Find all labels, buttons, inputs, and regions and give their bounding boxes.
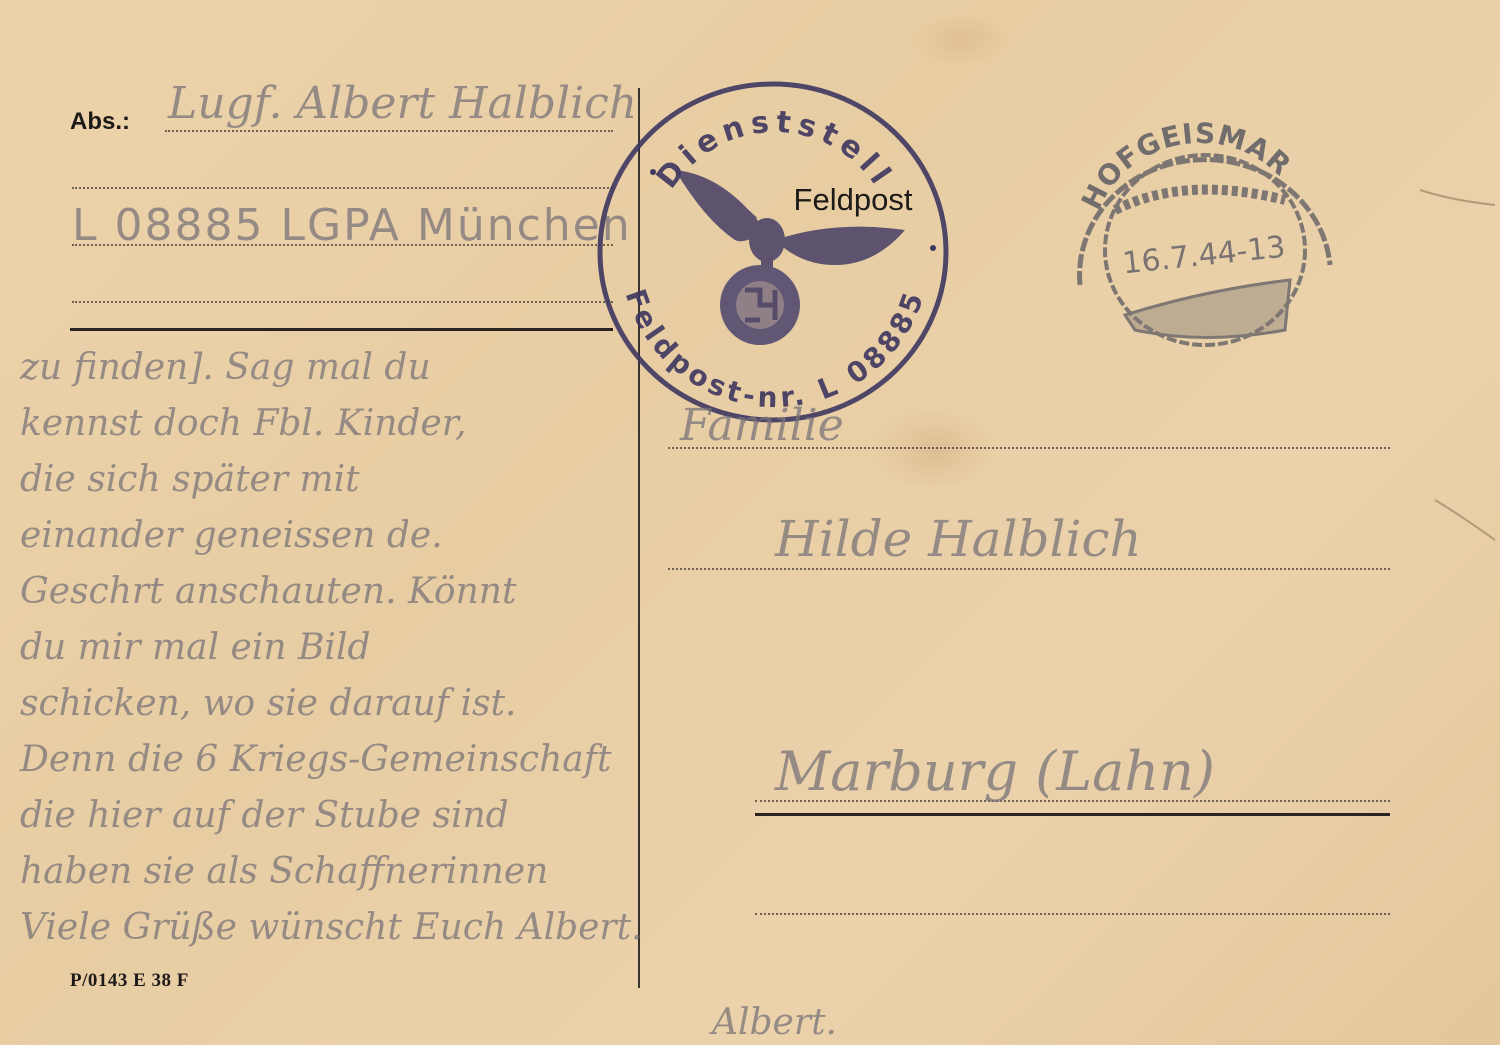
signature: Albert.	[712, 995, 837, 1045]
message-line: Geschrt anschauten. Könnt	[20, 564, 643, 620]
message-body: zu finden]. Sag mal du kennst doch Fbl. …	[20, 340, 643, 956]
paper-edge-wear	[1410, 170, 1500, 570]
recipient-line-2: Hilde Halblich	[775, 510, 1142, 568]
svg-text:16.7.44-13: 16.7.44-13	[1121, 230, 1287, 282]
svg-text:Feldpost: Feldpost	[794, 182, 913, 217]
message-line: haben sie als Schaffnerinnen	[20, 844, 643, 900]
message-line: zu finden]. Sag mal du	[20, 340, 643, 396]
message-line: Viele Grüße wünscht Euch Albert.	[20, 900, 643, 956]
sender-dotted-line-4	[72, 301, 613, 303]
message-line: die sich später mit	[20, 452, 643, 508]
recipient-line-1: Familie	[680, 400, 844, 451]
sender-name-handwriting: Lugf. Albert Halblich	[168, 78, 637, 129]
sender-label: Abs.:	[70, 108, 130, 136]
sender-dotted-line-1	[165, 130, 613, 132]
sender-divider	[70, 328, 613, 331]
feldpost-service-stamp: Dienststell Feldpost-nr. L 08885 Feldpos…	[595, 80, 955, 425]
hofgeismar-postmark: HOFGEISMAR 16.7.44-13	[1055, 115, 1355, 370]
postcard: Abs.: Lugf. Albert Halblich L 08885 LGPA…	[0, 0, 1500, 1045]
message-line: die hier auf der Stube sind	[20, 788, 643, 844]
message-line: du mir mal ein Bild	[20, 620, 643, 676]
form-code: P/0143 E 38 F	[70, 970, 189, 992]
recipient-line-3: Marburg (Lahn)	[775, 740, 1215, 803]
recipient-dotted-line-4	[755, 913, 1390, 915]
sender-unit-handwriting: L 08885 LGPA München	[72, 200, 632, 251]
message-line: schicken, wo sie darauf ist.	[20, 676, 643, 732]
recipient-dotted-line-2	[668, 568, 1390, 570]
message-line: einander geneissen de.	[20, 508, 643, 564]
message-line: kennst doch Fbl. Kinder,	[20, 396, 643, 452]
recipient-divider	[755, 813, 1390, 816]
sender-dotted-line-2	[72, 187, 613, 189]
message-line: Denn die 6 Kriegs-Gemeinschaft	[20, 732, 643, 788]
